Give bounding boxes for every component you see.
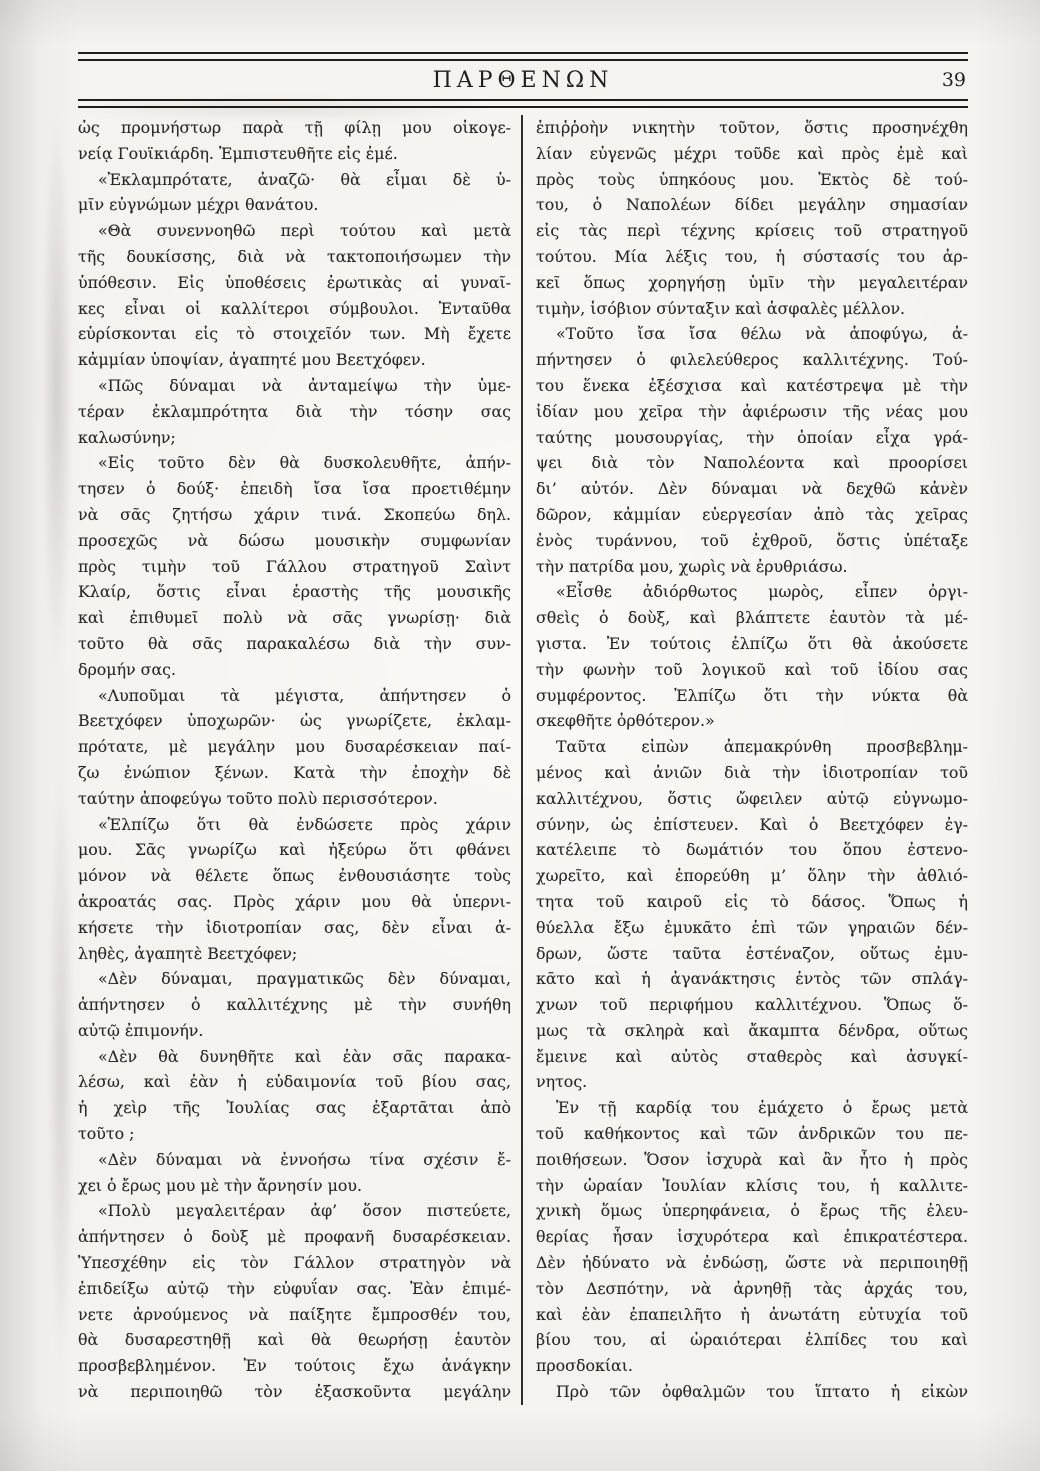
text-line: ταύτης μουσουργίας, τὴν ὁποίαν εἶχα γρά- [536,425,968,451]
text-line: βίου του, αἱ ὡραιότεραι ἐλπίδες του καὶ [536,1327,968,1353]
text-line: σύνην, ὡς ἐπίστευεν. Καὶ ὁ Βεετχόφεν ἐγ- [536,812,968,838]
text-line: δι’ αὐτόν. Δὲν δύναμαι νὰ δεχθῶ κἀνὲν [536,476,968,502]
text-line: Κλαίρ, ὅστις εἶναι ἐραστὴς τῆς μουσικῆς [78,579,511,605]
text-line: ἑνὸς τυράννου, τοῦ ἐχθροῦ, ὅστις ὑπέταξε [536,528,968,554]
text-line: σκεφθῆτε ὀρθότερον.» [536,708,968,734]
text-line: ὡς προμνήστωρ παρὰ τῇ φίλῃ μου οἰκογε- [78,115,511,141]
text-line: δῶρον, κἀμμίαν εὐεργεσίαν ἀπὸ τὰς χεῖρας [536,502,968,528]
text-line: Ὑπεσχέθην εἰς τὸν Γάλλον στρατηγὸν νὰ [78,1250,511,1276]
column-right: ἐπιῤῥοὴν νικητὴν τοῦτον, ὅστις προσηνέχθ… [536,115,968,1405]
text-line: καὶ ἐπιθυμεῖ πολὺ νὰ σᾶς γνωρίσῃ· διὰ [78,605,511,631]
text-line: κεῖ ὅπως χορηγήσῃ ὑμῖν τὴν μεγαλειτέραν [536,270,968,296]
text-line: ἔμεινε καὶ αὐτὸς σταθερὸς καὶ ἀσυγκί- [536,1044,968,1070]
text-line: «Ἐλπίζω ὅτι θὰ ἐνδώσετε πρὸς χάριν [78,812,511,838]
text-line: εὑρίσκονται εἰς τὸ στοιχεῖόν των. Μὴ ἔχε… [78,321,511,347]
text-line: «Πῶς δύναμαι νὰ ἀνταμείψω τὴν ὑμε- [78,373,511,399]
column-divider [521,115,523,1405]
text-line: προσβεβλημένον. Ἐν τούτοις ἔχω ἀνάγκην [78,1353,511,1379]
text-line: νετε ἀρνούμενος νὰ παίξητε ἔμπροσθέν του… [78,1302,511,1328]
text-line: ἰδίαν μου χεῖρα τὴν ἀφιέρωσιν τῆς νέας μ… [536,399,968,425]
page-content: ΠΑΡΘΕΝΩΝ 39 ὡς προμνήστωρ παρὰ τῇ φίλῃ μ… [78,52,968,1405]
text-line: «Δὲν θὰ δυνηθῆτε καὶ ἐὰν σᾶς παρακα- [78,1044,511,1070]
text-line: «Πολὺ μεγαλειτέραν ἀφ’ ὅσον πιστεύετε, [78,1198,511,1224]
text-line: καλλιτέχνου, ὅστις ὤφειλεν αὐτῷ εὐγνωμο- [536,786,968,812]
text-line: ζω ἐνώπιον ξένων. Κατὰ τὴν ἐποχὴν δὲ [78,760,511,786]
text-line: ταύτην ἀποφεύγω τοῦτο πολὺ περισσότερον. [78,786,511,812]
journal-header: ΠΑΡΘΕΝΩΝ 39 [78,61,968,99]
text-line: πρὸς τοὺς ὑπηκόους μου. Ἐκτὸς δὲ τού- [536,167,968,193]
text-line: ψει διὰ τὸν Ναπολέοντα καὶ προορίσει [536,450,968,476]
scanned-page: ΠΑΡΘΕΝΩΝ 39 ὡς προμνήστωρ παρὰ τῇ φίλῃ μ… [0,0,1040,1471]
header-top-rule [78,52,968,61]
text-line: θὰ δυσαρεστηθῇ καὶ θὰ θεωρήσῃ ἑαυτὸν [78,1327,511,1353]
text-line: του ἕνεκα ἐξέσχισα καὶ κατέστρεψα μὲ τὴν [536,373,968,399]
text-line: του, ὁ Ναπολέων δίδει μεγάλην σημασίαν [536,192,968,218]
text-line: μόνον νὰ θέλετε ὅπως ἐνθουσιάσητε τοὺς [78,863,511,889]
text-line: τὴν φωνὴν τοῦ λογικοῦ καὶ τοῦ ἰδίου σας [536,657,968,683]
text-line: «Δὲν δύναμαι νὰ ἐννοήσω τίνα σχέσιν ἔ- [78,1147,511,1173]
text-line: πήντησεν ὁ φιλελεύθερος καλλιτέχνης. Τού… [536,347,968,373]
text-line: σθεὶς ὁ δοὺξ, καὶ βλάπτετε ἑαυτὸν τὰ μέ- [536,605,968,631]
text-line: ἀπήντησεν ὁ δοὺξ μὲ προφανῆ δυσαρέσκειαν… [78,1224,511,1250]
text-line: τὸν Δεσπότην, νὰ ἀρνηθῇ τὰς ἀρχάς του, [536,1276,968,1302]
text-line: τὴν ὡραίαν Ἰουλίαν κλίσις του, ἡ καλλιτε… [536,1173,968,1199]
scan-smudge [48,760,74,1380]
column-left: ὡς προμνήστωρ παρὰ τῇ φίλῃ μου οἰκογε-νε… [78,115,511,1405]
text-line: Βεετχόφεν ὑποχωρῶν· ὡς γνωρίζετε, ἐκλαμ- [78,708,511,734]
text-line: τητα τοῦ καιροῦ εἰς τὸ δάσος. Ὅπως ἡ [536,889,968,915]
text-line: δρομήν σας. [78,657,511,683]
text-line: «Εἰς τοῦτο δὲν θὰ δυσκολευθῆτε, ἀπήν- [78,450,511,476]
text-line: θερίας ἦσαν ἰσχυρότερα καὶ ἐπικρατέστερα… [536,1224,968,1250]
text-line: τῆς δουκίσσης, διὰ νὰ τακτοποιήσωμεν τὴν [78,244,511,270]
text-line: μως τὰ σκληρὰ καὶ ἄκαμπτα δένδρα, οὕτως [536,1018,968,1044]
text-line: πρότατε, μὲ μεγάλην μου δυσαρέσκειαν παί… [78,734,511,760]
text-line: νητος. [536,1069,968,1095]
text-line: αὐτῷ ἐπιμονήν. [78,1018,511,1044]
text-line: χνικὴ ὅμως ὑπερηφάνεια, ὁ ἔρως τῆς ἐλευ- [536,1198,968,1224]
text-line: τὴν πατρίδα μου, χωρὶς νὰ ἐρυθριάσω. [536,554,968,580]
text-line: εἰς τὰς περὶ τέχνης κρίσεις τοῦ στρατηγο… [536,218,968,244]
text-line: τέραν ἐκλαμπρότητα διὰ τὴν τόσην σας [78,399,511,425]
text-columns: ὡς προμνήστωρ παρὰ τῇ φίλῃ μου οἰκογε-νε… [78,115,968,1405]
text-line: πρὸς τιμὴν τοῦ Γάλλου στρατηγοῦ Σαὶντ [78,554,511,580]
text-line: νείᾳ Γουϊκιάρδη. Ἐμπιστευθῆτε εἰς ἐμέ. [78,141,511,167]
text-line: ἀκροατάς σας. Πρὸς χάριν μου θὰ ὑπερνι- [78,889,511,915]
text-line: χνων τοῦ περιφήμου καλλιτέχνου. Ὅπως ὅ- [536,992,968,1018]
text-line: καὶ ἐὰν ἐπαπειλῆτο ἡ ἀνωτάτη εὐτυχία τοῦ [536,1302,968,1328]
text-line: «Δὲν δύναμαι, πραγματικῶς δὲν δύναμαι, [78,966,511,992]
text-line: Ἐν τῇ καρδίᾳ του ἐμάχετο ὁ ἔρως μετὰ [536,1095,968,1121]
text-line: τούτου. Μία λέξις του, ἡ σύστασίς του ἀρ… [536,244,968,270]
text-line: μου. Σᾶς γνωρίζω καὶ ἠξεύρω ὅτι φθάνει [78,837,511,863]
text-line: κατέλειπε τὸ δωμάτιόν του ὅπου ἐστενο- [536,837,968,863]
text-line: κᾶτο καὶ ἡ ἀγανάκτησις ἐντὸς τῶν σπλάγ- [536,966,968,992]
text-line: τησεν ὁ δούξ· ἐπειδὴ ἴσα ἴσα προετιθέμην [78,476,511,502]
text-line: γιστα. Ἐν τούτοις ἐλπίζω ὅτι θὰ ἀκούσετε [536,631,968,657]
text-line: καλωσύνην; [78,425,511,451]
text-line: Δὲν ἠδύνατο νὰ ἐνδώσῃ, ὥστε νὰ περιποιηθ… [536,1250,968,1276]
text-line: ἐπιδείξω αὐτῷ τὴν εὐφυΐαν σας. Ἐὰν ἐπιμέ… [78,1276,511,1302]
text-line: κες εἶναι οἱ καλλίτεροι σύμβουλοι. Ἐνταῦ… [78,296,511,322]
text-line: ποιθήσεων. Ὅσον ἰσχυρὰ καὶ ἂν ἦτο ἡ πρὸς [536,1147,968,1173]
text-line: χωρεῖτο, καὶ ἐπορεύθη μ’ ὅλην τὴν ἀθλιό- [536,863,968,889]
text-line: προσδοκίαι. [536,1353,968,1379]
text-line: «Ἐκλαμπρότατε, ἀναζῶ· θὰ εἶμαι δὲ ὑ- [78,167,511,193]
text-line: μῖν εὐγνώμων μέχρι θανάτου. [78,192,511,218]
text-line: θύελλα ἔξω ἐμυκᾶτο ἐπὶ τῶν γηραιῶν δέν- [536,915,968,941]
text-line: λίαν εὐγενῶς μέχρι τοῦδε καὶ πρὸς ἐμὲ κα… [536,141,968,167]
text-line: Ταῦτα εἰπὼν ἀπεμακρύνθη προσβεβλημ- [536,734,968,760]
text-line: Πρὸ τῶν ὀφθαλμῶν του ἵπτατο ἡ εἰκὼν [536,1379,968,1405]
text-line: λέσω, καὶ ἐὰν ἡ εὐδαιμονία τοῦ βίου σας, [78,1069,511,1095]
text-line: «Λυποῦμαι τὰ μέγιστα, ἀπήντησεν ὁ [78,683,511,709]
text-line: τοῦτο θὰ σᾶς παρακαλέσω διὰ τὴν συν- [78,631,511,657]
text-line: τιμὴν, ἰσόβιον σύνταξιν καὶ ἀσφαλὲς μέλλ… [536,296,968,322]
text-line: συμφέροντος. Ἐλπίζω ὅτι τὴν νύκτα θὰ [536,683,968,709]
text-line: τοῦτο ; [78,1121,511,1147]
text-line: «Θὰ συνεννοηθῶ περὶ τούτου καὶ μετὰ [78,218,511,244]
text-line: «Εἶσθε ἀδιόρθωτος μωρὸς, εἶπεν ὀργι- [536,579,968,605]
text-line: προσεχῶς νὰ δώσω μουσικὴν συμφωνίαν [78,528,511,554]
text-line: ἀπήντησεν ὁ καλλιτέχνης μὲ τὴν συνήθη [78,992,511,1018]
text-line: μένος καὶ ἀνιῶν διὰ τὴν ἰδιοτροπίαν τοῦ [536,760,968,786]
text-line: «Τοῦτο ἴσα ἴσα θέλω νὰ ἀποφύγω, ἀ- [536,321,968,347]
text-line: ληθὲς, ἀγαπητὲ Βεετχόφεν; [78,941,511,967]
header-bottom-rule [78,99,968,108]
journal-title: ΠΑΡΘΕΝΩΝ [78,68,968,93]
text-line: νὰ περιποιηθῶ τὸν ἐξασκοῦντα μεγάλην [78,1379,511,1405]
scan-smudge [42,110,72,670]
text-line: δρων, ὥστε ταῦτα ἐστέναζον, οὕτως ἐμυ- [536,941,968,967]
text-line: ἐπιῤῥοὴν νικητὴν τοῦτον, ὅστις προσηνέχθ… [536,115,968,141]
text-line: τοῦ καθήκοντος καὶ τῶν ἀνδρικῶν του πε- [536,1121,968,1147]
text-line: νὰ σᾶς ζητήσω χάριν τινά. Σκοπεύω δηλ. [78,502,511,528]
text-line: ἡ χεὶρ τῆς Ἰουλίας σας ἐξαρτᾶται ἀπὸ [78,1095,511,1121]
text-line: χει ὁ ἔρως μου μὲ τὴν ἄρνησίν μου. [78,1173,511,1199]
text-line: κήσετε τὴν ἰδιοτροπίαν σας, δὲν εἶναι ἀ- [78,915,511,941]
text-line: ὑπόθεσιν. Εἰς ὑποθέσεις ἐρωτικὰς αἱ γυνα… [78,270,511,296]
text-line: κἀμμίαν ὑποψίαν, ἀγαπητέ μου Βεετχόφεν. [78,347,511,373]
